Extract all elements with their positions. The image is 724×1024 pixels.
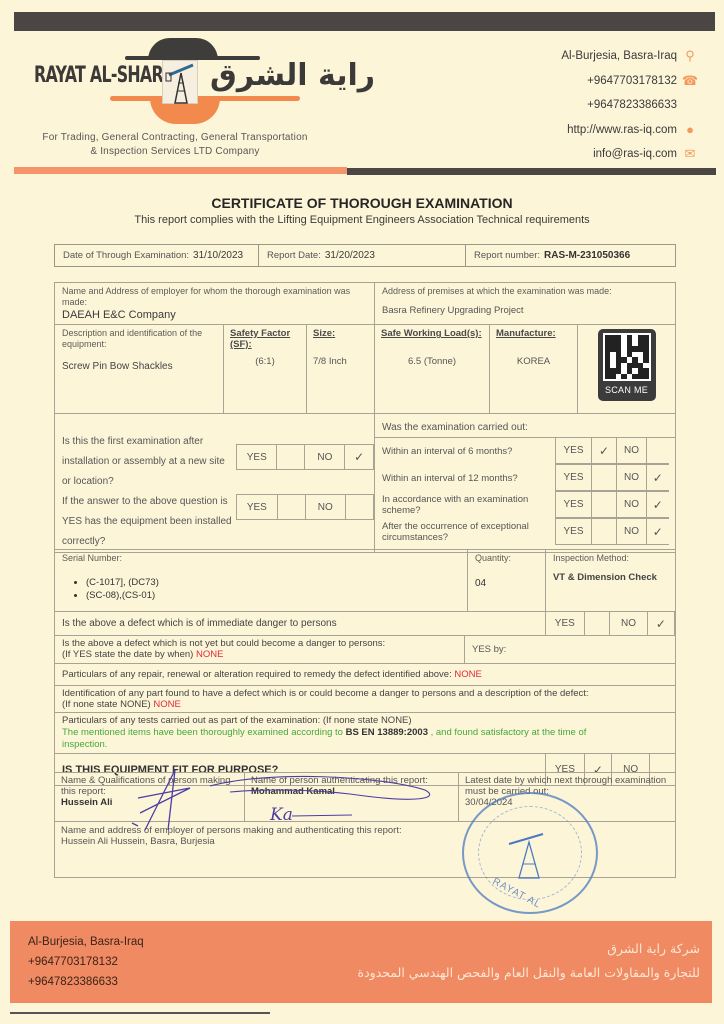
carried-out-list: Within an interval of 6 months?YES✓NOWit…: [375, 438, 675, 545]
carried-out-question: Within an interval of 6 months?: [375, 438, 555, 464]
footer-arabic: شركة راية الشرق للتجارة والمقاولات العام…: [358, 937, 700, 985]
size-cell: Size: 7/8 Inch: [307, 325, 375, 414]
signature-hussein-ali: [138, 770, 190, 830]
footer-arabic-company: شركة راية الشرق: [358, 937, 700, 961]
envelope-icon: ✉: [682, 146, 698, 162]
carried-out-yes-checkbox[interactable]: [592, 465, 617, 491]
immediate-danger-question: Is the above a defect which is of immedi…: [55, 612, 546, 636]
installed-no-checkbox[interactable]: [345, 495, 373, 520]
report-date-cell: Report Date: 31/20/2023: [259, 245, 466, 266]
report-date: 31/20/2023: [325, 250, 375, 261]
repair-cell: Particulars of any repair, renewal or al…: [55, 664, 676, 686]
serial-cell: Serial Number: (C-1017], (DC73)(SC-08),(…: [55, 550, 468, 612]
location-pin-icon: ⚲: [682, 48, 698, 64]
carried-out-cell: Was the examination carried out: Within …: [375, 414, 676, 553]
certificate-title: CERTIFICATE OF THOROUGH EXAMINATION: [0, 195, 724, 211]
carried-out-yes-checkbox[interactable]: ✓: [592, 438, 617, 464]
equipment-table: Name and Address of employer for whom th…: [54, 282, 676, 414]
telephone-icon: ☎: [682, 73, 698, 89]
part-defect-cell: Identification of any part found to have…: [55, 686, 676, 713]
installed-question: If the answer to the above question is Y…: [62, 492, 236, 552]
manufacture-cell: Manufacture: KOREA: [490, 325, 578, 414]
serial-item: (SC-08),(CS-01): [86, 589, 460, 602]
future-danger-cell: Is the above a defect which is not yet b…: [55, 636, 465, 664]
signature-mohammad-kamal: Ka: [269, 805, 293, 825]
header-top-bar: [14, 12, 715, 31]
quantity-cell: Quantity: 04: [467, 550, 545, 612]
contact-row: +9647703178132☎: [561, 69, 698, 94]
employer-value: DAEAH E&C Company: [62, 309, 367, 321]
safety-factor-cell: Safety Factor (SF): (6:1): [224, 325, 307, 414]
swl-cell: Safe Working Load(s): 6.5 (Tonne): [375, 325, 490, 414]
contact-row[interactable]: info@ras-iq.com✉: [561, 142, 698, 167]
inspection-method-value: VT & Dimension Check: [553, 572, 668, 583]
serial-item: (C-1017], (DC73): [86, 576, 460, 589]
installed-yes-checkbox[interactable]: [277, 495, 305, 520]
safety-factor-value: (6:1): [230, 356, 300, 367]
carried-out-question: In accordance with an examination scheme…: [375, 492, 555, 518]
carried-out-yes-checkbox[interactable]: [592, 519, 617, 545]
size-value: 7/8 Inch: [313, 356, 368, 367]
report-number: RAS-M-231050366: [544, 250, 630, 261]
carried-out-row: After the occurrence of exceptional circ…: [375, 519, 675, 545]
yes-by-field[interactable]: YES by:: [465, 636, 676, 664]
installed-answer: YES NO: [236, 494, 374, 520]
first-exam-no-checkbox[interactable]: ✓: [345, 445, 374, 470]
carried-out-row: In accordance with an examination scheme…: [375, 492, 675, 519]
contact-text: http://www.ras-iq.com: [567, 124, 677, 136]
carried-out-row: Within an interval of 6 months?YES✓NO: [375, 438, 675, 465]
company-tagline: For Trading, General Contracting, Genera…: [30, 131, 320, 159]
signature-flourish: [210, 776, 430, 799]
carried-out-row: Within an interval of 12 months?YESNO✓: [375, 465, 675, 492]
immediate-danger-no-checkbox[interactable]: ✓: [647, 612, 674, 636]
employer-cell: Name and Address of employer for whom th…: [55, 283, 375, 325]
footer-arabic-description: للتجارة والمقاولات العامة والنقل العام و…: [358, 961, 700, 985]
exam-date: 31/10/2023: [193, 250, 243, 261]
premises-value: Basra Refinery Upgrading Project: [382, 305, 668, 316]
header-divider-dark: [347, 168, 716, 175]
carried-out-no-checkbox[interactable]: ✓: [647, 519, 669, 545]
tests-cell: Particulars of any tests carried out as …: [55, 713, 676, 754]
first-exam-yes-checkbox[interactable]: [277, 445, 305, 470]
company-name-en: RAYAT AL-SHARQ: [34, 63, 176, 88]
quantity-value: 04: [475, 578, 538, 589]
contact-row: +9647823386633: [561, 93, 698, 118]
contact-text: +9647703178132: [587, 75, 677, 87]
manufacture-value: KOREA: [496, 356, 571, 367]
examination-questions-table: Is this the first examination after inst…: [54, 413, 676, 553]
contact-text: info@ras-iq.com: [593, 148, 677, 160]
swl-value: 6.5 (Tonne): [381, 356, 483, 367]
tests-result: The mentioned items have been thoroughly…: [62, 727, 632, 751]
signatures-overlay: Ka: [120, 768, 460, 838]
first-exam-answer: YES NO ✓: [236, 444, 374, 470]
report-number-cell: Report number: RAS-M-231050366: [466, 245, 675, 266]
contact-row: Al-Burjesia, Basra-Iraq⚲: [561, 44, 698, 69]
contact-row[interactable]: http://www.ras-iq.com●: [561, 118, 698, 143]
future-danger-value: NONE: [196, 649, 223, 660]
equipment-value: Screw Pin Bow Shackles: [62, 361, 216, 372]
footer-underline: [10, 1012, 270, 1014]
repair-value: NONE: [454, 669, 481, 680]
company-name-ar: راية الشرق: [210, 58, 375, 93]
logo-gear-top: [148, 38, 218, 60]
stamp-rig-icon: [505, 830, 555, 880]
contact-text: +9647823386633: [587, 99, 677, 111]
globe-icon: ●: [682, 122, 698, 137]
immediate-danger-yes-checkbox[interactable]: [584, 612, 609, 636]
qr-code-icon: [603, 333, 651, 381]
contact-text: Al-Burjesia, Basra-Iraq: [561, 50, 677, 62]
carried-out-no-checkbox[interactable]: ✓: [647, 465, 669, 491]
first-exam-cell: Is this the first examination after inst…: [55, 414, 375, 553]
inspection-method-cell: Inspection Method: VT & Dimension Check: [545, 550, 675, 612]
part-defect-value: NONE: [153, 699, 180, 710]
oil-rig-icon: [162, 60, 198, 104]
report-info-row: Date of Through Examination: 31/10/2023 …: [54, 244, 676, 267]
carried-out-question: Within an interval of 12 months?: [375, 465, 555, 491]
carried-out-question: After the occurrence of exceptional circ…: [375, 519, 555, 545]
premises-cell: Address of premises at which the examina…: [375, 283, 676, 325]
footer-address: Al-Burjesia, Basra-Iraq: [28, 932, 144, 952]
carried-out-no-checkbox[interactable]: [647, 438, 669, 464]
carried-out-yes-checkbox[interactable]: [592, 492, 617, 518]
exam-date-cell: Date of Through Examination: 31/10/2023: [55, 245, 259, 266]
qr-cell: SCAN ME: [578, 325, 676, 414]
immediate-danger-answer: YES NO ✓: [545, 612, 675, 636]
footer-phone-2: +9647823386633: [28, 972, 144, 992]
equipment-cell: Description and identification of the eq…: [55, 325, 224, 414]
carried-out-no-checkbox[interactable]: ✓: [647, 492, 669, 518]
serial-list: (C-1017], (DC73)(SC-08),(CS-01): [86, 576, 460, 602]
tests-standard: BS EN 13889:2003: [346, 727, 428, 738]
footer-contacts: Al-Burjesia, Basra-Iraq +9647703178132 +…: [28, 932, 144, 992]
footer-phone-1: +9647703178132: [28, 952, 144, 972]
serial-defects-table: Serial Number: (C-1017], (DC73)(SC-08),(…: [54, 549, 676, 786]
header-divider-orange: [14, 167, 347, 174]
certificate-subtitle: This report complies with the Lifting Eq…: [0, 214, 724, 226]
header-contacts: Al-Burjesia, Basra-Iraq⚲+9647703178132☎+…: [561, 44, 698, 167]
first-exam-question: Is this the first examination after inst…: [62, 432, 236, 492]
qr-code[interactable]: SCAN ME: [598, 329, 656, 401]
